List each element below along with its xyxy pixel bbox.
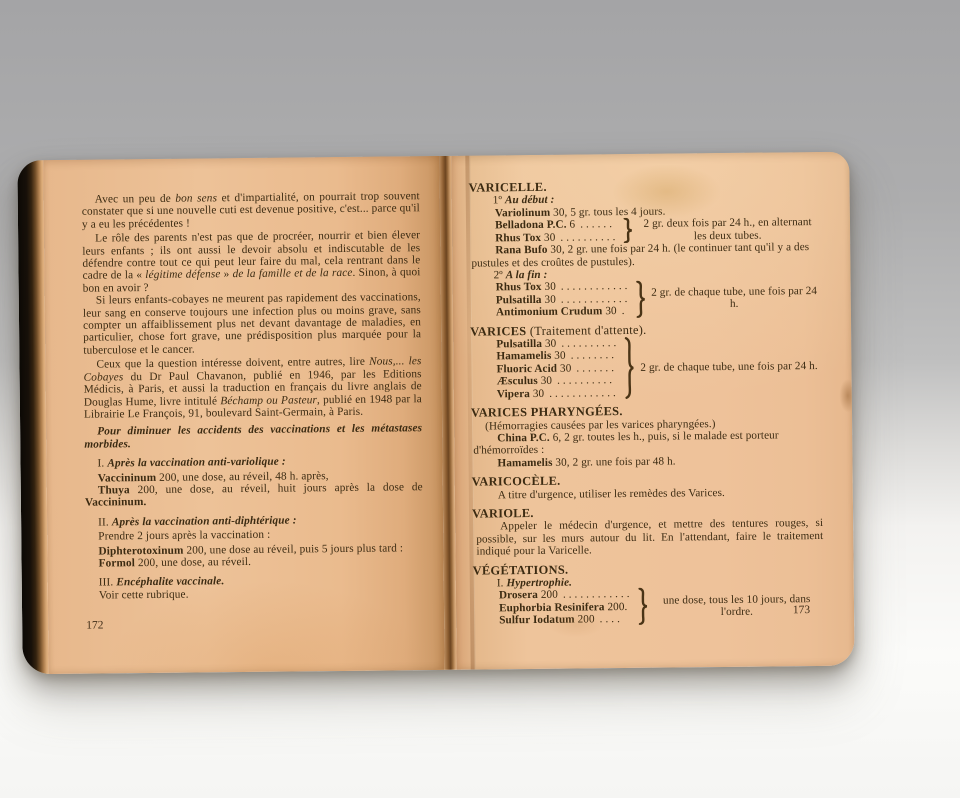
- text-segment: légitime défense: [145, 269, 220, 282]
- remedy-section: VARICES PHARYNGÉES.(Hémorragies causées …: [471, 403, 823, 470]
- section-heading-text: VARICES: [470, 324, 526, 339]
- text-segment: Vaccininum: [98, 471, 157, 484]
- text-segment: I.: [97, 458, 107, 470]
- paragraph: Voir cette rubrique.: [86, 586, 424, 602]
- remedy-name: Hamamelis: [496, 350, 551, 363]
- remedy-potency: 30: [557, 362, 571, 374]
- remedy-list-item: Antimonium Crudum 30.: [470, 305, 631, 319]
- page-number-left: 172: [86, 619, 103, 631]
- remedy-line: China P.C. 6, 2 gr. toutes les h., puis,…: [471, 429, 822, 457]
- subsection-number: I.: [497, 577, 507, 589]
- subsection-number: 1º: [493, 195, 505, 207]
- subsection-title: Au début :: [505, 194, 555, 207]
- dot-leader: .: [622, 305, 628, 317]
- remedy-potency: 30: [541, 231, 555, 243]
- text-segment: bon sens: [175, 192, 217, 204]
- section-heading-text: VARICELLE.: [469, 180, 547, 195]
- dosage-note: 2 gr. de chaque tube, une fois par 24 h.: [637, 360, 822, 374]
- text-segment: Béchamp ou Pasteur: [220, 394, 317, 407]
- remedy-name: Antimonium Crudum: [496, 306, 603, 319]
- dosage-note: 2 gr. de chaque tube, une fois par 24 h.: [647, 285, 820, 312]
- remedy-list-item: Æsculus 30..........: [471, 374, 620, 388]
- remedy-name: Vipera: [497, 388, 530, 400]
- remedy-line: Appeler le médecin d'urgence, et mettre …: [472, 517, 823, 558]
- remedy-line: Hamamelis 30, 2 gr. une fois par 48 h.: [471, 454, 822, 470]
- dot-leader: ............: [563, 588, 633, 601]
- brace-group: Drosera 200............Euphorbia Resinif…: [473, 586, 824, 627]
- dot-leader: ..........: [561, 337, 619, 350]
- remedy-list-item: Sulfur Iodatum 200....: [473, 613, 633, 627]
- remedy-potency: 30: [530, 388, 544, 400]
- paragraph: I. Après la vaccination anti-variolique …: [84, 454, 422, 470]
- paragraph: Le rôle des parents n'est pas que de pro…: [82, 229, 421, 295]
- text-segment: Encéphalite vaccinale.: [116, 576, 224, 589]
- brace-group: Belladona P.C. 6......Rhus Tox 30.......…: [469, 216, 820, 245]
- text-segment: Voir cette rubrique.: [99, 588, 189, 601]
- paragraph: Thuya 200, une dose, au réveil, huit jou…: [85, 481, 423, 509]
- dot-leader: ......: [580, 218, 615, 230]
- right-page: VARICELLE.1º Au début :Variolinum 30, 5 …: [451, 152, 854, 670]
- grouping-brace-icon: [635, 280, 644, 317]
- paragraph: Formol 200, une dose, au réveil.: [85, 554, 423, 570]
- remedy-name: Drosera: [499, 589, 538, 601]
- text-segment: »: [220, 269, 232, 281]
- right-page-text: VARICELLE.1º Au début :Variolinum 30, 5 …: [451, 152, 854, 628]
- remedy-potency: 30: [542, 294, 556, 306]
- dot-leader: ............: [561, 293, 631, 306]
- dot-leader: ..........: [560, 231, 618, 244]
- paragraph: Avec un peu de bon sens et d'impartialit…: [82, 190, 420, 231]
- remedy-potency: 200: [538, 589, 558, 601]
- text-segment: Thuya: [98, 484, 130, 496]
- remedy-name: Rhus Tox: [495, 232, 541, 244]
- remedy-potency: 200.: [604, 601, 627, 613]
- dot-leader: ............: [561, 280, 631, 293]
- remedy-section: VARICES (Traitement d'attente).Pulsatill…: [470, 322, 822, 401]
- remedy-list: Rhus Tox 30............Pulsatilla 30....…: [470, 280, 631, 319]
- text-segment: Si leurs enfants-cobayes ne meurent pas …: [83, 291, 421, 356]
- text-segment: A titre d'urgence, utiliser les remèdes …: [498, 487, 725, 501]
- open-book: Avec un peu de bon sens et d'impartialit…: [17, 152, 854, 675]
- text-segment: Pour diminuer les accidents des vaccinat…: [84, 422, 422, 450]
- remedy-potency: 6: [567, 219, 576, 231]
- dot-leader: ..........: [557, 374, 615, 387]
- grouping-brace-icon: [624, 337, 634, 399]
- text-segment: Appeler le médecin d'urgence, et mettre …: [476, 517, 823, 557]
- brace-group: Rhus Tox 30............Pulsatilla 30....…: [470, 278, 821, 319]
- remedy-name: Euphorbia Resinifera: [499, 601, 605, 614]
- text-segment: Rana Bufo: [495, 244, 547, 257]
- remedy-line: A titre d'urgence, utiliser les remèdes …: [472, 485, 823, 501]
- remedy-section: VÉGÉTATIONS.I. Hypertrophie.Drosera 200.…: [473, 561, 825, 628]
- dot-leader: ........: [571, 350, 617, 362]
- subsection-title: A la fin :: [506, 269, 548, 281]
- remedy-name: Pulsatilla: [496, 338, 542, 350]
- remedy-list: Drosera 200............Euphorbia Resinif…: [473, 588, 633, 627]
- grouping-brace-icon: [623, 218, 632, 243]
- remedy-section: VARIOLE.Appeler le médecin d'urgence, et…: [472, 504, 824, 558]
- subsection-number: 2º: [493, 269, 505, 281]
- text-segment: Hamamelis: [497, 457, 552, 470]
- subsection-title: Hypertrophie.: [506, 577, 572, 590]
- text-segment: 200, une dose, au réveil.: [135, 556, 251, 569]
- remedy-list: Pulsatilla 30..........Hamamelis 30.....…: [470, 337, 620, 401]
- text-segment: 200, une dose, au réveil, huit jours apr…: [130, 481, 423, 496]
- remedy-name: Belladona P.C.: [495, 219, 567, 232]
- dosage-note: 2 gr. deux fois par 24 h., en alternant …: [635, 216, 820, 243]
- text-segment: 200, une dose au réveil, puis 5 jours pl…: [183, 542, 403, 556]
- text-segment: III.: [99, 577, 117, 589]
- page-number-right: 173: [793, 604, 810, 616]
- text-segment: Diphterotoxinum: [98, 544, 183, 557]
- text-segment: II.: [98, 516, 112, 528]
- remedy-name: Fluoric Acid: [496, 363, 557, 376]
- section-heading-suffix: (Traitement d'attente).: [526, 322, 646, 337]
- dot-leader: ....: [600, 613, 623, 625]
- section-heading-text: VARICES PHARYNGÉES.: [471, 404, 623, 420]
- text-segment: Avec un peu de: [95, 193, 176, 206]
- section-heading-text: VARICOCÈLE.: [472, 474, 561, 489]
- text-segment: Formol: [98, 557, 135, 569]
- scanned-book-photo: Avec un peu de bon sens et d'impartialit…: [0, 0, 960, 798]
- paragraph: Si leurs enfants-cobayes ne meurent pas …: [83, 291, 422, 357]
- dot-leader: ............: [549, 387, 619, 400]
- left-page-text: Avec un peu de bon sens et d'impartialit…: [43, 156, 444, 602]
- remedy-list-item: Vipera 30............: [471, 387, 620, 401]
- text-segment: Variolinum: [495, 207, 550, 220]
- remedy-potency: 30: [551, 350, 565, 362]
- text-segment: Prendre 2 jours après la vaccination :: [98, 529, 270, 543]
- text-segment: China P.C.: [497, 432, 550, 445]
- paragraph: Ceux que la question intéresse doivent, …: [83, 355, 422, 421]
- remedy-name: Æsculus: [497, 375, 538, 387]
- text-segment: Après la vaccination anti-diphtérique :: [112, 514, 297, 528]
- remedy-name: Pulsatilla: [496, 294, 542, 306]
- brace-group: Pulsatilla 30..........Hamamelis 30.....…: [470, 335, 822, 401]
- remedy-potency: 30: [542, 338, 556, 350]
- remedy-list: Belladona P.C. 6......Rhus Tox 30.......…: [469, 218, 618, 244]
- remedy-name: Sulfur Iodatum: [499, 614, 575, 627]
- remedy-section: VARICELLE.1º Au début :Variolinum 30, 5 …: [469, 178, 821, 319]
- paragraph: Pour diminuer les accidents des vaccinat…: [84, 422, 422, 450]
- text-segment: de la famille et de la race: [233, 267, 353, 280]
- section-heading-text: VARIOLE.: [472, 506, 534, 521]
- paragraph: Prendre 2 jours après la vaccination :: [85, 527, 423, 543]
- remedy-section: VARICOCÈLE.A titre d'urgence, utiliser l…: [472, 472, 823, 501]
- remedy-potency: 30: [542, 281, 556, 293]
- dot-leader: .......: [576, 362, 617, 374]
- remedy-potency: 30: [538, 375, 552, 387]
- remedy-name: Rhus Tox: [496, 281, 542, 293]
- remedy-potency: 200: [575, 614, 595, 626]
- section-heading-text: VÉGÉTATIONS.: [473, 562, 569, 577]
- paragraph: II. Après la vaccination anti-diphtériqu…: [85, 513, 423, 529]
- text-segment: Après la vaccination anti-variolique :: [107, 456, 286, 470]
- left-page: Avec un peu de bon sens et d'impartialit…: [43, 156, 444, 674]
- text-segment: Vaccininum.: [85, 496, 147, 509]
- remedy-line: Rana Bufo 30, 2 gr. une fois par 24 h. (…: [469, 241, 820, 269]
- remedy-potency: 30: [602, 305, 616, 317]
- grouping-brace-icon: [637, 588, 646, 625]
- text-segment: 30, 5 gr. tous les 4 jours.: [550, 205, 665, 218]
- text-segment: 30, 2 gr. une fois par 48 h.: [552, 455, 675, 468]
- remedy-list-item: Belladona P.C. 6......: [469, 218, 618, 232]
